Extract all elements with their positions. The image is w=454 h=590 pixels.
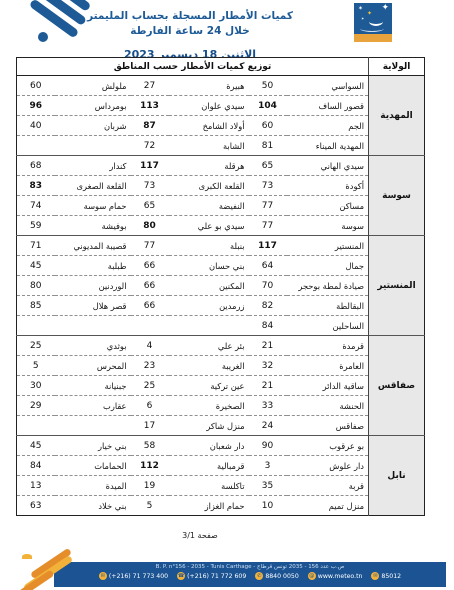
station-name-cell: الوردنين — [55, 276, 131, 296]
rain-value-cell: 59 — [17, 216, 55, 236]
rain-value-cell: 21 — [249, 376, 287, 396]
rain-value-cell: 70 — [249, 276, 287, 296]
rain-value-cell: 77 — [249, 216, 287, 236]
station-name-cell: جمال — [287, 256, 369, 276]
station-name-cell: قربة — [287, 476, 369, 496]
rain-value-cell: 87 — [131, 116, 169, 136]
rain-value-cell: 27 — [131, 76, 169, 96]
table-row: المنستيرالمنستير117بنبلة77قصيبة المديوني… — [17, 236, 425, 256]
station-name-cell: السواسي — [287, 76, 369, 96]
inm-logo-sky: ✶ ✦ ✦ ✶ — [354, 3, 392, 34]
rain-value-cell: 50 — [249, 76, 287, 96]
station-name-cell: المهدية الميناء — [287, 136, 369, 156]
rainfall-bulletin-page: كميات الأمطار المسجلة بحساب المليمتر خلا… — [0, 0, 454, 590]
rain-value-cell: 68 — [17, 156, 55, 176]
contact-item: ☎(+216) 71 772 609 — [177, 572, 246, 580]
station-name-cell: المكنين — [169, 276, 249, 296]
rain-value-cell: 81 — [249, 136, 287, 156]
station-name-cell: الساحلين — [287, 316, 369, 336]
station-name-cell: حمام الغزاز — [169, 496, 249, 516]
station-name-cell: طبلبة — [55, 256, 131, 276]
station-name-cell: سيدي علوان — [169, 96, 249, 116]
footer-stripes-logo — [14, 552, 100, 590]
rain-value-cell: 33 — [249, 396, 287, 416]
contact-item: ✉(+216) 71 773 400 — [99, 572, 168, 580]
station-name-cell: هرقلة — [169, 156, 249, 176]
rain-value-cell: 77 — [131, 236, 169, 256]
station-name-cell: بني خلاد — [55, 496, 131, 516]
contact-item: ✉85012 — [371, 572, 401, 580]
governorate-cell: نابل — [369, 436, 425, 516]
station-name-cell: سيدي الهاني — [287, 156, 369, 176]
table-row: الجم60أولاد الشامخ87شربان40 — [17, 116, 425, 136]
table-row: الحنشة33الصخيرة6عقارب29 — [17, 396, 425, 416]
station-name-cell — [55, 316, 131, 336]
rain-value-cell: 65 — [249, 156, 287, 176]
station-name-cell: شربان — [55, 116, 131, 136]
station-name-cell: عقارب — [55, 396, 131, 416]
table-row: منزل تميم10حمام الغزاز5بني خلاد63 — [17, 496, 425, 516]
rain-value-cell: 90 — [249, 436, 287, 456]
rain-value-cell: 35 — [249, 476, 287, 496]
contact-text: www.meteo.tn — [318, 573, 363, 580]
station-name-cell: عين تركية — [169, 376, 249, 396]
rain-value-cell: 117 — [249, 236, 287, 256]
rain-value-cell: 65 — [131, 196, 169, 216]
station-name-cell: قصر هلال — [55, 296, 131, 316]
station-name-cell: بوثدي — [55, 336, 131, 356]
report-title-line2: خلال 24 ساعة الفارطة — [78, 24, 302, 39]
rain-value-cell: 5 — [17, 356, 55, 376]
station-name-cell: بومرداس — [55, 96, 131, 116]
station-name-cell: قصيبة المديوني — [55, 236, 131, 256]
footer-bar: B. P. n°156 - 2035 - Tunis Carthage - ص.… — [54, 562, 446, 587]
phone-icon: ✆ — [255, 572, 263, 580]
table-row: جمال64بني حسان66طبلبة45 — [17, 256, 425, 276]
rain-value-cell: 19 — [131, 476, 169, 496]
table-header-row: الولاية توزيع كميات الأمطار حسب المناطق — [17, 58, 425, 76]
table-row: صفاقسقرمدة21بئر علي4بوثدي25 — [17, 336, 425, 356]
station-name-cell: سوسة — [287, 216, 369, 236]
star-icon: ✶ — [361, 16, 364, 22]
rain-value-cell: 23 — [131, 356, 169, 376]
rain-value-cell: 25 — [131, 376, 169, 396]
station-name-cell: سيدي بو علي — [169, 216, 249, 236]
rain-value-cell: 60 — [17, 76, 55, 96]
contact-item: @www.meteo.tn — [308, 572, 363, 580]
contact-text: (+216) 71 772 609 — [187, 573, 246, 580]
rain-value-cell: 4 — [131, 336, 169, 356]
station-name-cell: دار علوش — [287, 456, 369, 476]
governorate-cell: المنستير — [369, 236, 425, 336]
station-name-cell: العامرة — [287, 356, 369, 376]
station-name-cell — [169, 316, 249, 336]
station-name-cell: قصور الساف — [287, 96, 369, 116]
governorate-cell: سوسة — [369, 156, 425, 236]
station-name-cell: زرمدين — [169, 296, 249, 316]
contact-text: 85012 — [381, 573, 401, 580]
star-icon: ✶ — [358, 6, 363, 12]
station-name-cell: ملولش — [55, 76, 131, 96]
station-name-cell: كندار — [55, 156, 131, 176]
station-name-cell: بني خيار — [55, 436, 131, 456]
station-name-cell: البقالطة — [287, 296, 369, 316]
station-name-cell: المحرس — [55, 356, 131, 376]
rain-value-cell: 71 — [17, 236, 55, 256]
station-name-cell: صفاقس — [287, 416, 369, 436]
rain-value-cell: 80 — [131, 216, 169, 236]
rain-value-cell: 40 — [17, 116, 55, 136]
rain-value-cell: 24 — [249, 416, 287, 436]
station-name-cell: أولاد الشامخ — [169, 116, 249, 136]
station-name-cell: القلعة الصغرى — [55, 176, 131, 196]
globe-icon: @ — [308, 572, 316, 580]
station-name-cell: مساكن — [287, 196, 369, 216]
rain-value-cell: 74 — [17, 196, 55, 216]
rain-table-body: المهديةالسواسي50هبيرة27ملولش60قصور الساف… — [17, 76, 425, 516]
page-number: صفحة 3/1 — [0, 531, 400, 540]
rain-value-cell — [17, 316, 55, 336]
rain-value-cell: 45 — [17, 256, 55, 276]
station-name-cell: هبيرة — [169, 76, 249, 96]
station-name-cell: الجم — [287, 116, 369, 136]
contact-text: 8840 0050 — [265, 573, 298, 580]
station-name-cell: دار شعبان — [169, 436, 249, 456]
station-name-cell: بوفيشة — [55, 216, 131, 236]
table-row: مساكن77النفيضة65حمام سوسة74 — [17, 196, 425, 216]
rain-value-cell: 13 — [17, 476, 55, 496]
rain-value-cell: 80 — [17, 276, 55, 296]
rain-value-cell: 96 — [17, 96, 55, 116]
station-name-cell: أكودة — [287, 176, 369, 196]
rain-value-cell: 83 — [17, 176, 55, 196]
station-name-cell: الحنشة — [287, 396, 369, 416]
rain-value-cell: 82 — [249, 296, 287, 316]
table-row: سوسةسيدي الهاني65هرقلة117كندار68 — [17, 156, 425, 176]
station-name-cell — [55, 136, 131, 156]
rain-value-cell: 5 — [131, 496, 169, 516]
rain-value-cell: 17 — [131, 416, 169, 436]
rain-value-cell: 117 — [131, 156, 169, 176]
rain-value-cell — [17, 136, 55, 156]
leaf-icon — [22, 554, 32, 559]
station-name-cell: حمام سوسة — [55, 196, 131, 216]
table-row: صفاقس24منزل شاكر17 — [17, 416, 425, 436]
station-name-cell: الشابة — [169, 136, 249, 156]
sms-icon: ✉ — [371, 572, 379, 580]
inm-logo: ✶ ✦ ✦ ✶ — [354, 3, 392, 43]
report-title-line1: كميات الأمطار المسجلة بحساب المليمتر — [78, 9, 302, 24]
compass-star-icon: ✦ — [381, 5, 389, 11]
table-row: البقالطة82زرمدين66قصر هلال85 — [17, 296, 425, 316]
rain-value-cell: 64 — [249, 256, 287, 276]
rain-value-cell: 6 — [131, 396, 169, 416]
table-row: الساحلين84 — [17, 316, 425, 336]
table-row: دار علوش3قرمبالية112الحمامات84 — [17, 456, 425, 476]
report-header: كميات الأمطار المسجلة بحساب المليمتر خلا… — [78, 9, 302, 61]
table-row: سوسة77سيدي بو علي80بوفيشة59 — [17, 216, 425, 236]
table-row: أكودة73القلعة الكبرى73القلعة الصغرى83 — [17, 176, 425, 196]
rain-value-cell: 66 — [131, 276, 169, 296]
dot-icon — [38, 32, 48, 42]
station-name-cell: الغريبة — [169, 356, 249, 376]
rain-value-cell: 66 — [131, 256, 169, 276]
rain-value-cell: 10 — [249, 496, 287, 516]
rain-value-cell — [17, 416, 55, 436]
mail-icon: ✉ — [99, 572, 107, 580]
table-row: المهديةالسواسي50هبيرة27ملولش60 — [17, 76, 425, 96]
footer-contacts: ✉(+216) 71 773 400☎(+216) 71 772 609✆884… — [54, 572, 446, 580]
station-name-cell: الميدة — [55, 476, 131, 496]
contact-text: (+216) 71 773 400 — [109, 573, 168, 580]
station-name-cell: بنبلة — [169, 236, 249, 256]
rain-value-cell: 29 — [17, 396, 55, 416]
rain-value-cell: 113 — [131, 96, 169, 116]
station-name-cell: منزل شاكر — [169, 416, 249, 436]
station-name-cell: النفيضة — [169, 196, 249, 216]
governorate-column-header: الولاية — [369, 58, 425, 76]
rain-value-cell: 30 — [17, 376, 55, 396]
rain-value-cell: 3 — [249, 456, 287, 476]
table-row: نابلبو عرقوب90دار شعبان58بني خيار45 — [17, 436, 425, 456]
station-name-cell: الصخيرة — [169, 396, 249, 416]
rain-value-cell: 58 — [131, 436, 169, 456]
rain-value-cell: 73 — [131, 176, 169, 196]
station-name-cell: بئر علي — [169, 336, 249, 356]
governorate-cell: صفاقس — [369, 336, 425, 436]
rain-value-cell: 72 — [131, 136, 169, 156]
rain-value-cell: 85 — [17, 296, 55, 316]
station-name-cell: قرمبالية — [169, 456, 249, 476]
station-name-cell: منزل تميم — [287, 496, 369, 516]
station-name-cell: المنستير — [287, 236, 369, 256]
rain-value-cell: 32 — [249, 356, 287, 376]
station-name-cell — [55, 416, 131, 436]
table-row: قصور الساف104سيدي علوان113بومرداس96 — [17, 96, 425, 116]
station-name-cell: صيادة لمطة بوحجر — [287, 276, 369, 296]
rain-value-cell: 25 — [17, 336, 55, 356]
star-icon: ✦ — [367, 11, 372, 17]
distribution-column-header: توزيع كميات الأمطار حسب المناطق — [17, 58, 369, 76]
table-row: ساقية الدائر21عين تركية25جبنيانة30 — [17, 376, 425, 396]
rain-value-cell — [131, 316, 169, 336]
rain-value-cell: 112 — [131, 456, 169, 476]
fax-icon: ☎ — [177, 572, 185, 580]
station-name-cell: القلعة الكبرى — [169, 176, 249, 196]
rain-value-cell: 66 — [131, 296, 169, 316]
station-name-cell: قرمدة — [287, 336, 369, 356]
rain-value-cell: 84 — [17, 456, 55, 476]
rain-value-cell: 77 — [249, 196, 287, 216]
table-row: قربة35تاكلسة19الميدة13 — [17, 476, 425, 496]
station-name-cell: تاكلسة — [169, 476, 249, 496]
inm-logo-band — [354, 34, 392, 42]
contact-item: ✆8840 0050 — [255, 572, 298, 580]
table-row: العامرة32الغريبة23المحرس5 — [17, 356, 425, 376]
rain-value-cell: 104 — [249, 96, 287, 116]
rain-value-cell: 21 — [249, 336, 287, 356]
station-name-cell: الحمامات — [55, 456, 131, 476]
footer-address: B. P. n°156 - 2035 - Tunis Carthage - ص.… — [54, 564, 446, 570]
rain-value-cell: 84 — [249, 316, 287, 336]
governorate-cell: المهدية — [369, 76, 425, 156]
rain-value-cell: 63 — [17, 496, 55, 516]
wave-icon — [360, 25, 384, 32]
station-name-cell: جبنيانة — [55, 376, 131, 396]
table-row: المهدية الميناء81الشابة72 — [17, 136, 425, 156]
station-name-cell: بو عرقوب — [287, 436, 369, 456]
table-row: صيادة لمطة بوحجر70المكنين66الوردنين80 — [17, 276, 425, 296]
rain-value-cell: 60 — [249, 116, 287, 136]
rainfall-table: الولاية توزيع كميات الأمطار حسب المناطق … — [16, 57, 425, 516]
rain-value-cell: 45 — [17, 436, 55, 456]
rain-value-cell: 73 — [249, 176, 287, 196]
station-name-cell: ساقية الدائر — [287, 376, 369, 396]
station-name-cell: بني حسان — [169, 256, 249, 276]
